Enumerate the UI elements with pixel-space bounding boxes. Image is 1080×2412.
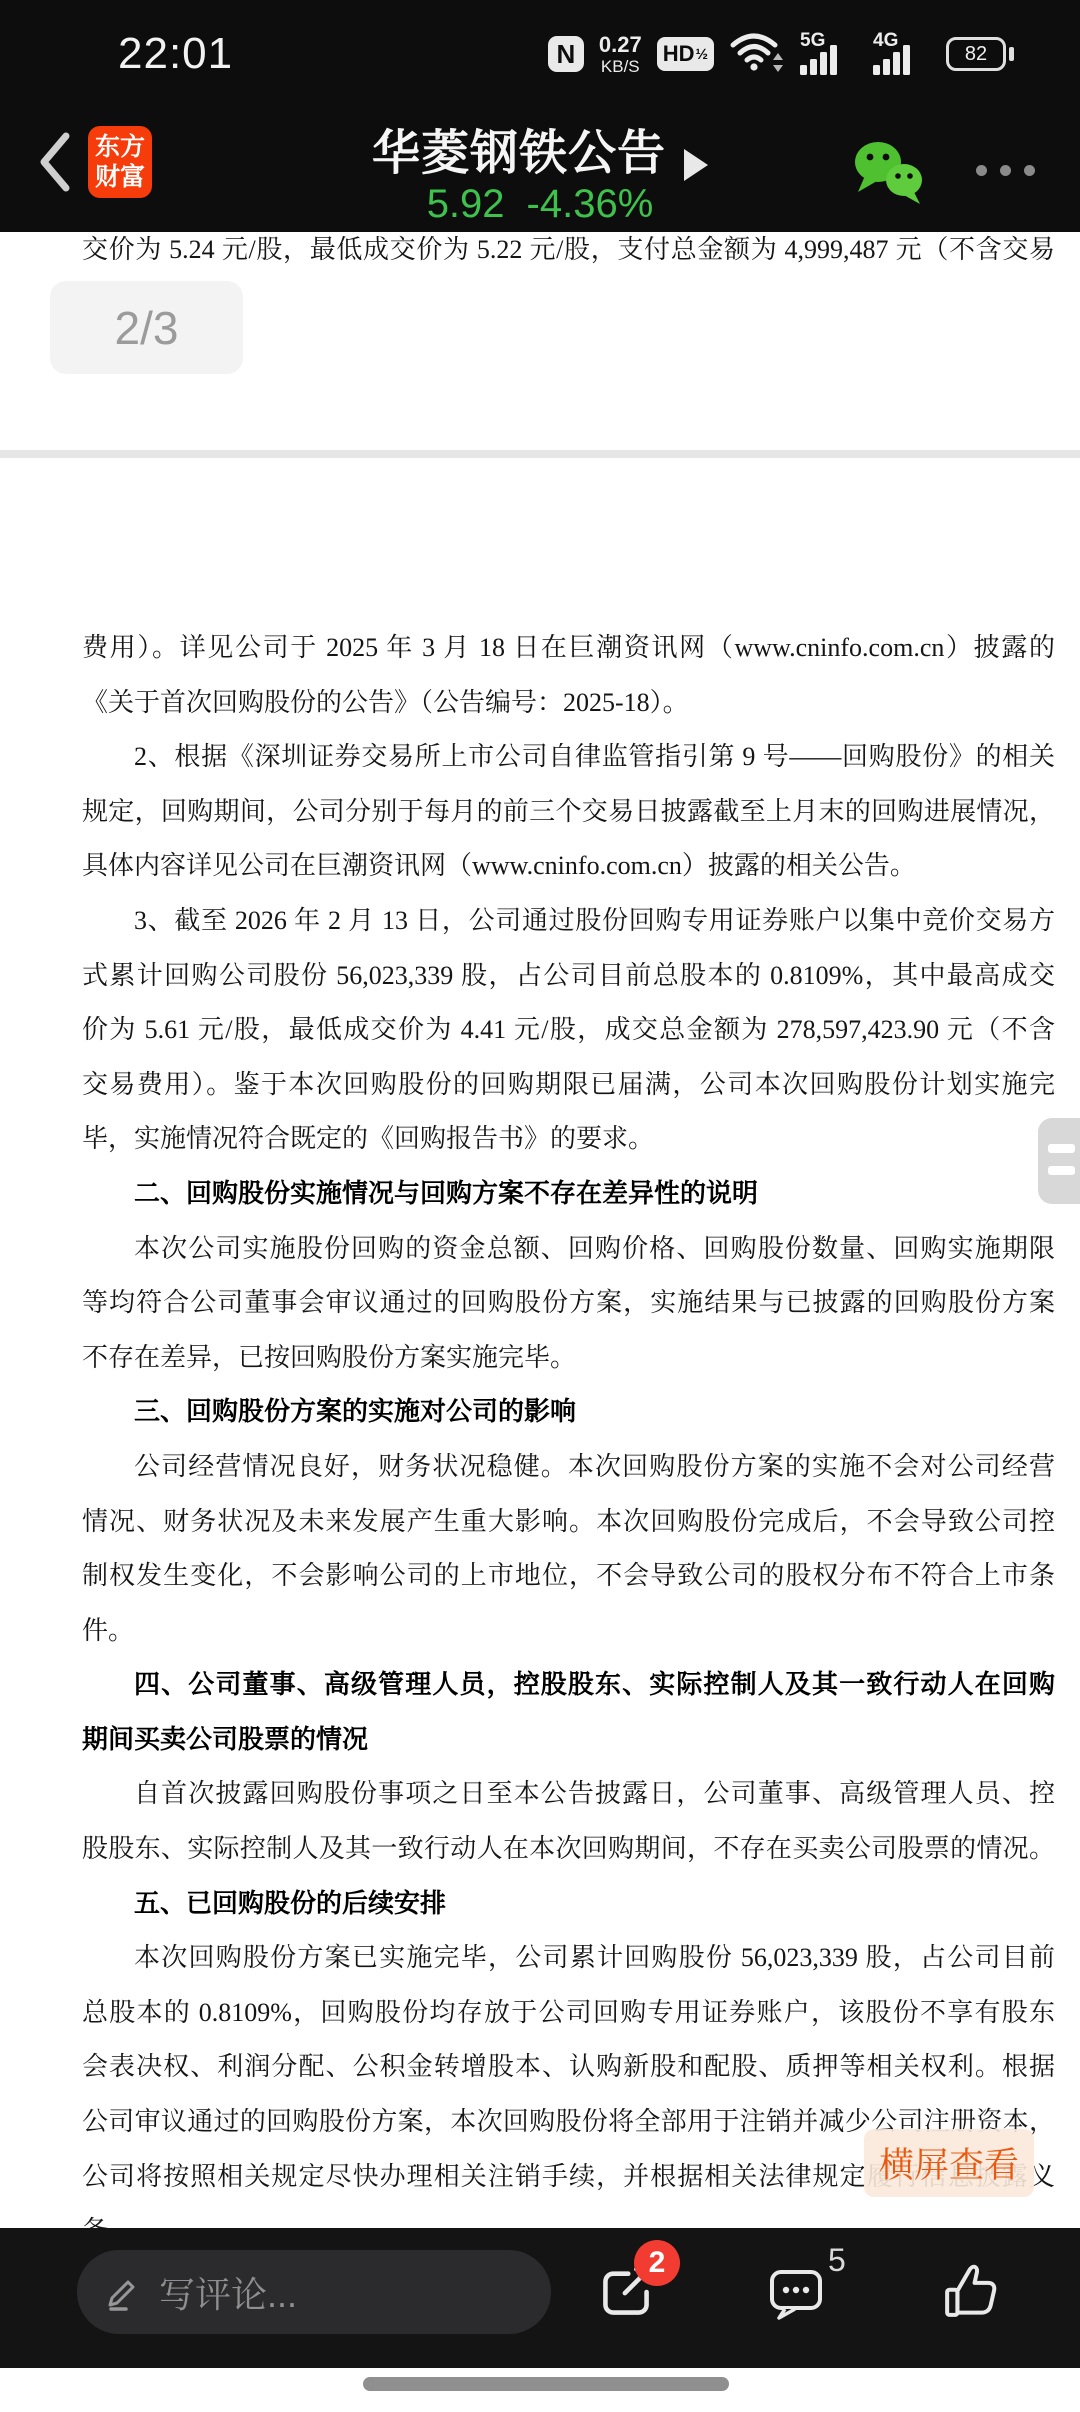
home-gesture-bar[interactable] [363, 2377, 729, 2391]
network-speed-unit: KB/S [601, 58, 640, 75]
battery-percent: 82 [965, 43, 987, 66]
nfc-icon: N [548, 36, 584, 72]
status-icons: N 0.27 KB/S HD½ [548, 24, 1016, 84]
landscape-view-button[interactable]: 横屏查看 [864, 2129, 1034, 2197]
doc-line: 股股东、实际控制人及其一致行动人在本次回购期间，不存在买卖公司股票的情况。 [0, 1822, 1080, 1877]
doc-line: 本次公司实施股份回购的资金总额、回购价格、回购股份数量、回购实施期限 [0, 1222, 1080, 1277]
doc-line: 等均符合公司董事会审议通过的回购股份方案，实施结果与已披露的回购股份方案 [0, 1276, 1080, 1331]
doc-line: 件。 [0, 1604, 1080, 1659]
battery-icon: 82 [946, 37, 1016, 71]
doc-line: 价为 5.61 元/股，最低成交价为 4.41 元/股，成交总金额为 278,5… [0, 1003, 1080, 1058]
signal-sim2-icon: 4G [873, 31, 931, 77]
comments-button[interactable] [764, 2260, 828, 2324]
gesture-area [0, 2368, 1080, 2412]
status-time: 22:01 [118, 29, 233, 79]
document-body: 费用）。详见公司于 2025 年 3 月 18 日在巨潮资讯网（www.cnin… [0, 621, 1080, 2259]
bottom-bar: 写评论... 2 5 [0, 2228, 1080, 2368]
doc-line: 费用）。详见公司于 2025 年 3 月 18 日在巨潮资讯网（www.cnin… [0, 621, 1080, 676]
doc-line: 交易费用）。鉴于本次回购股份的回购期限已届满，公司本次回购股份计划实施完 [0, 1058, 1080, 1113]
doc-line: 五、已回购股份的后续安排 [0, 1877, 1080, 1932]
signal-sim1-icon: 5G [800, 31, 858, 77]
wechat-icon [850, 136, 926, 208]
volte-hd-icon: HD½ [657, 37, 714, 71]
pencil-icon [103, 2272, 143, 2312]
stock-change: -4.36% [527, 182, 654, 226]
thumbs-up-icon [938, 2260, 1002, 2324]
doc-line: 三、回购股份方案的实施对公司的影响 [0, 1385, 1080, 1440]
network-speed-value: 0.27 [599, 34, 642, 56]
comment-count: 5 [828, 2242, 846, 2279]
comment-input[interactable]: 写评论... [77, 2250, 551, 2334]
wifi-icon [729, 29, 785, 80]
wechat-share-button[interactable] [850, 136, 926, 208]
more-menu-button[interactable] [966, 150, 1044, 190]
doc-line: 《关于首次回购股份的公告》（公告编号：2025-18）。 [0, 676, 1080, 731]
doc-line: 3、截至 2026 年 2 月 13 日，公司通过股份回购专用证券账户以集中竞价… [0, 894, 1080, 949]
doc-line: 本次回购股份方案已实施完毕，公司累计回购股份 56,023,339 股，占公司目… [0, 1931, 1080, 1986]
doc-line: 期间买卖公司股票的情况 [0, 1713, 1080, 1768]
stock-price: 5.92 [427, 182, 505, 226]
comment-bubble-icon [764, 2260, 828, 2324]
scroll-handle[interactable] [1038, 1118, 1080, 1204]
doc-line: 2、根据《深圳证券交易所上市公司自律监管指引第 9 号——回购股份》的相关 [0, 730, 1080, 785]
doc-line: 二、回购股份实施情况与回购方案不存在差异性的说明 [0, 1167, 1080, 1222]
like-button[interactable] [938, 2260, 1002, 2324]
doc-line: 会表决权、利润分配、公积金转增股本、认购新股和配股、质押等相关权利。根据 [0, 2040, 1080, 2095]
volte-hd-label: HD [663, 41, 695, 67]
doc-line: 毕，实施情况符合既定的《回购报告书》的要求。 [0, 1112, 1080, 1167]
page-title: 华菱钢铁公告 [372, 114, 666, 183]
status-bar: 22:01 N 0.27 KB/S HD½ [0, 24, 1080, 84]
doc-line: 不存在差异，已按回购股份方案实施完毕。 [0, 1331, 1080, 1386]
page-indicator: 2/3 [50, 281, 243, 374]
network-speed: 0.27 KB/S [599, 34, 642, 75]
doc-line: 四、公司董事、高级管理人员，控股股东、实际控制人及其一致行动人在回购 [0, 1658, 1080, 1713]
app-screen: 22:01 N 0.27 KB/S HD½ [0, 0, 1080, 2412]
doc-line: 公司经营情况良好，财务状况稳健。本次回购股份方案的实施不会对公司经营 [0, 1440, 1080, 1495]
share-badge: 2 [634, 2240, 680, 2286]
page-separator [0, 450, 1080, 458]
doc-line: 总股本的 0.8109%，回购股份均存放于公司回购专用证券账户，该股份不享有股东 [0, 1986, 1080, 2041]
doc-line: 情况、财务状况及未来发展产生重大影响。本次回购股份完成后，不会导致公司控 [0, 1495, 1080, 1550]
top-bar: 22:01 N 0.27 KB/S HD½ [0, 0, 1080, 232]
comment-placeholder: 写评论... [159, 2267, 297, 2318]
doc-line: 自首次披露回购股份事项之日至本公告披露日，公司董事、高级管理人员、控 [0, 1767, 1080, 1822]
doc-line: 规定，回购期间，公司分别于每月的前三个交易日披露截至上月末的回购进展情况， [0, 785, 1080, 840]
play-icon[interactable] [684, 149, 708, 181]
doc-line: 具体内容详见公司在巨潮资讯网（www.cninfo.com.cn）披露的相关公告… [0, 839, 1080, 894]
volte-hd-fraction: ½ [695, 46, 708, 63]
doc-line: 制权发生变化，不会影响公司的上市地位，不会导致公司的股权分布不符合上市条 [0, 1549, 1080, 1604]
doc-line: 式累计回购公司股份 56,023,339 股，占公司目前总股本的 0.8109%… [0, 949, 1080, 1004]
